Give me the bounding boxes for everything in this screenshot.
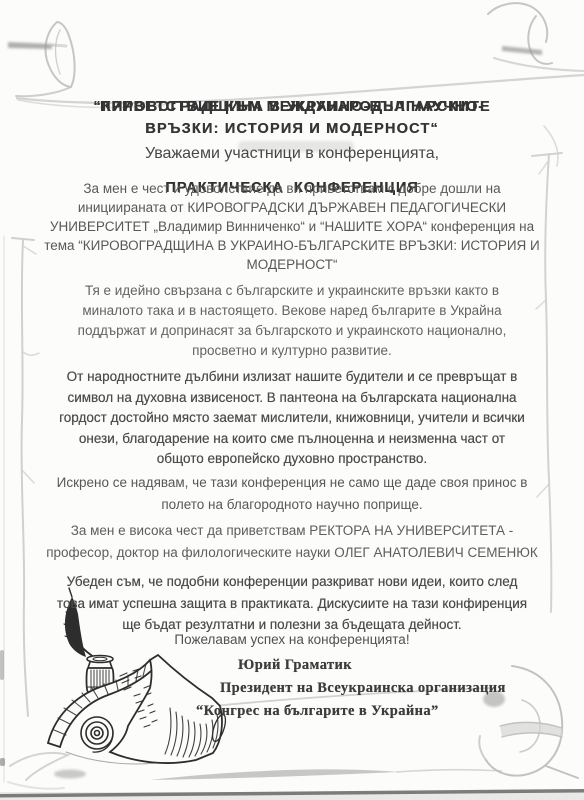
paragraph-line: просветно и културно развитие. bbox=[0, 341, 584, 361]
paragraph-line: За мен е висока чест да приветствам РЕКТ… bbox=[0, 520, 584, 542]
paragraph-line: Убеден съм, че подобни конференции разкр… bbox=[0, 571, 584, 593]
paragraph-line: полето на благородното научно поприще. bbox=[0, 494, 584, 516]
scanned-letter-page: ПРИВЕТСТВИЕ КЪМ МЕЖДУНАРОДНА НАУЧНО- ПРА… bbox=[0, 0, 584, 800]
conference-subtitle: “КИРОВОГРАДЩИНА В УКРАИНО-БЪЛГАРСКИТЕ ВР… bbox=[0, 96, 584, 140]
paragraph-1: За мен е чест и удоволствие да ви привет… bbox=[0, 179, 584, 274]
paragraph-line: Тя е идейно свързана с българските и укр… bbox=[0, 281, 584, 301]
scan-edge-line bbox=[0, 789, 584, 800]
paragraph-line: миналото така и в настоящето. Векове нар… bbox=[0, 301, 584, 321]
paragraph-line: професор, доктор на филологическите наук… bbox=[0, 542, 584, 564]
paragraph-6: Убеден съм, че подобни конференции разкр… bbox=[0, 571, 584, 636]
paragraph-line: онези, благодарение на които сме пълноце… bbox=[0, 429, 584, 450]
paragraph-line: общото европейско духовно пространство. bbox=[0, 449, 584, 470]
paragraph-5: За мен е висока чест да приветствам РЕКТ… bbox=[0, 520, 584, 564]
paragraph-line: символ на духовна извисеност. В пантеона… bbox=[0, 388, 584, 409]
paragraph-line: МОДЕРНОСТ“ bbox=[0, 255, 584, 274]
signature-organization: “Конгрес на българите в Украйна” bbox=[196, 700, 584, 723]
signature-role: Президент на Всеукраинска организация bbox=[220, 677, 584, 700]
paragraph-line: УНИВЕРСИТЕТ „Владимир Винниченко“ и “НАШ… bbox=[0, 217, 584, 236]
paragraph-2: Тя е идейно свързана с българските и укр… bbox=[0, 281, 584, 361]
paragraph-line: Искрено се надявам, че тази конференция … bbox=[0, 472, 584, 494]
signature-block: Юрий Граматик Президент на Всеукраинска … bbox=[0, 654, 584, 723]
paragraph-line: тема “КИРОВОГРАДЩИНА В УКРАИНО-БЪЛГАРСКИ… bbox=[0, 236, 584, 255]
paragraph-3: От народностните дълбини излизат нашите … bbox=[0, 367, 584, 470]
paragraph-line: гордост достойно място заемат мислители,… bbox=[0, 408, 584, 429]
paragraph-line: От народностните дълбини излизат нашите … bbox=[0, 367, 584, 388]
scroll-curl-bottom-left-icon bbox=[8, 753, 86, 789]
paragraph-line: За мен е чест и удоволствие да ви привет… bbox=[0, 179, 584, 198]
salutation: Уважаеми участници в конференцията, bbox=[0, 145, 584, 163]
smudge-line bbox=[150, 769, 502, 780]
subtitle-line: ВРЪЗКИ: ИСТОРИЯ И МОДЕРНОСТ“ bbox=[0, 118, 584, 140]
closing-line: Пожелавам успех на конференцията! bbox=[0, 632, 584, 647]
subtitle-line: “КИРОВОГРАДЩИНА В УКРАИНО-БЪЛГАРСКИТЕ bbox=[0, 96, 584, 118]
paragraph-4: Искрено се надявам, че тази конференция … bbox=[0, 472, 584, 516]
paragraph-line: това имат успешна защита в практиката. Д… bbox=[0, 593, 584, 615]
paragraph-line: поддържат и допринасят за българското и … bbox=[0, 321, 584, 341]
signature-name: Юрий Граматик bbox=[238, 654, 584, 677]
paragraph-line: инициираната от КИРОВОГРАДСКИ ДЪРЖАВЕН П… bbox=[0, 198, 584, 217]
